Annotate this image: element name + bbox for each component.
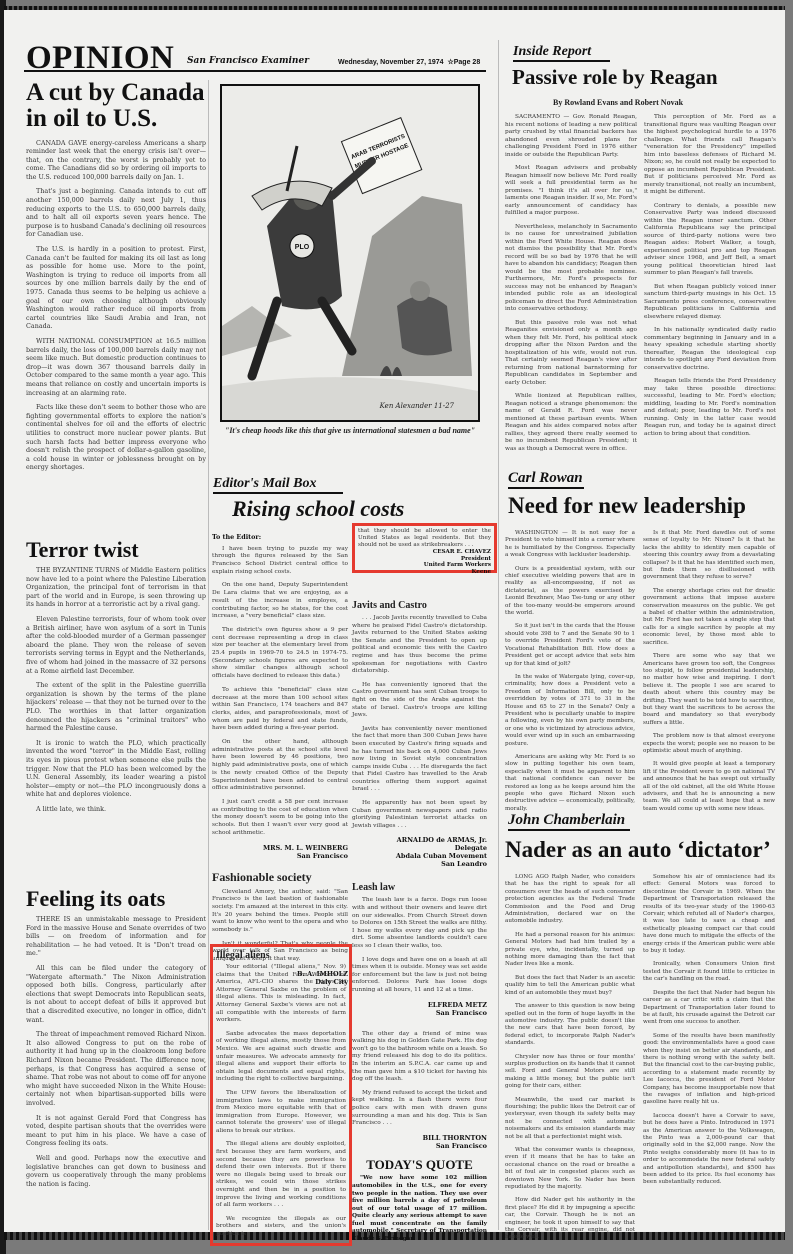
- letter-title: Fashionable society: [212, 870, 348, 885]
- column-body-left: LONG AGO Ralph Nader, who considers that…: [505, 874, 635, 1248]
- signature-location: San Francisco: [212, 852, 348, 860]
- paragraph: The other day a friend of mine was walki…: [352, 1031, 487, 1084]
- editorial-canada: A cut by Canada in oil to U.S. CANADA GA…: [26, 80, 206, 478]
- paragraph: Somehow his air of omniscience had its e…: [643, 874, 775, 955]
- article-body: THE BYZANTINE TURNS of Middle Eastern po…: [26, 566, 206, 813]
- mailbox-headline: Rising school costs: [232, 497, 404, 520]
- column-divider: [498, 40, 499, 1230]
- signature-location: San Leandro: [352, 860, 487, 868]
- paragraph: But does the fact that Nader is an ascet…: [505, 975, 635, 997]
- letter-title: Illegal aliens: [216, 950, 346, 961]
- letter-title: Leash law: [352, 882, 487, 893]
- headline: Feeling its oats: [26, 887, 206, 910]
- signature-location: Keene: [358, 569, 491, 576]
- paragraph: Most Reagan advisers and probably Reagan…: [505, 165, 637, 218]
- letter-body: I have been trying to puzzle my way thro…: [212, 546, 348, 838]
- signature-name: ARNALDO de ARMAS, Jr.: [352, 836, 487, 844]
- signature-title: President: [358, 556, 491, 563]
- paragraph: Ours is a presidential system, with our …: [505, 566, 635, 618]
- page-top-edge: [4, 6, 785, 10]
- paragraph: But this passive role was not what Reaga…: [505, 320, 637, 388]
- paragraph: WITH NATIONAL CONSUMPTION at 16.5 millio…: [26, 337, 206, 397]
- paragraph: He had a personal reason for his animus:…: [505, 932, 635, 969]
- column-kicker: Inside Report: [513, 44, 610, 62]
- paragraph: He has conveniently ignored that the Cas…: [352, 682, 487, 720]
- column-headline: Nader as an auto ‘dictator’: [505, 838, 771, 862]
- paragraph: To achieve this "beneficial" class size …: [212, 687, 348, 733]
- paragraph: Is it that Mr. Ford dawdles out of some …: [643, 530, 775, 582]
- paragraph: What the consumer wants is cheapness, ev…: [505, 1147, 635, 1191]
- page-number: ☆Page 28: [447, 59, 480, 66]
- paragraph: WASHINGTON — It is not easy for a Presid…: [505, 530, 635, 560]
- paragraph: Your editorial ("Illegal aliens," Nov. 9…: [216, 964, 346, 1025]
- paragraph: LONG AGO Ralph Nader, who considers that…: [505, 874, 635, 926]
- article-body: CANADA GAVE energy-careless Americans a …: [26, 139, 206, 472]
- paragraph: Well and good. Perhaps now the executive…: [26, 1154, 206, 1188]
- paragraph: The energy shortage cries out for drasti…: [643, 588, 775, 647]
- paragraph: Saxbe advocates the mass deportation of …: [216, 1031, 346, 1084]
- letter-body: The other day a friend of mine was walki…: [352, 1031, 487, 1128]
- cartoon-caption: "It's cheap hoods like this that give us…: [220, 426, 480, 435]
- salutation: To the Editor:: [212, 533, 348, 542]
- signature-location: San Francisco: [352, 1009, 487, 1017]
- letters-column-right: Javits and Castro . . . Jacob Javits rec…: [352, 600, 487, 1244]
- letter-signature: CESAR E. CHAVEZ President United Farm Wo…: [358, 549, 491, 575]
- paragraph: THERE IS an unmistakable message to Pres…: [26, 915, 206, 958]
- paragraph: . . . Jacob Javits recently travelled to…: [352, 615, 487, 676]
- paragraph: Javits has conveniently never mentioned …: [352, 726, 487, 794]
- letter-school-costs: To the Editor: I have been trying to puz…: [212, 533, 348, 986]
- letter-signature: MRS. M. L. WEINBERG San Francisco: [212, 844, 348, 860]
- letter-signature: BILL THORNTON San Francisco: [352, 1134, 487, 1150]
- paragraph: Eleven Palestine terrorists, four of who…: [26, 615, 206, 675]
- paragraph: On the one hand, Deputy Superintendent D…: [212, 582, 348, 621]
- paragraph: Some of the results have been manifestly…: [643, 1033, 775, 1107]
- signature-name: BILL THORNTON: [352, 1134, 487, 1142]
- signature-name: ELFREDA METZ: [352, 1001, 487, 1009]
- paragraph: All this can be filed under the category…: [26, 964, 206, 1024]
- column-byline: By Rowland Evans and Robert Novak: [553, 98, 683, 107]
- letter-signature: ARNALDO de ARMAS, Jr. Delegate Abdala Cu…: [352, 836, 487, 868]
- paragraph: A little late, we think.: [26, 805, 206, 814]
- paragraph: The problem now is that almost everyone …: [643, 733, 775, 755]
- column-kicker: Carl Rowan: [508, 470, 584, 489]
- paragraph: Nevertheless, melancholy in Sacramento i…: [505, 224, 637, 314]
- editorial-oats: Feeling its oats THERE IS an unmistakabl…: [26, 887, 206, 1194]
- column-body-right: Somehow his air of omniscience had its e…: [643, 874, 775, 1193]
- paragraph: The threat of impeachment removed Richar…: [26, 1030, 206, 1107]
- column-body-right: This perception of Mr. Ford as a transit…: [644, 114, 776, 444]
- article-body: THERE IS an unmistakable message to Pres…: [26, 915, 206, 1188]
- letter-illegal-aliens-highlight: Illegal aliens Your editorial ("Illegal …: [210, 944, 352, 1246]
- signature-title: Delegate: [352, 844, 487, 852]
- editorial-terror: Terror twist THE BYZANTINE TURNS of Midd…: [26, 538, 206, 820]
- letter-body: Your editorial ("Illegal aliens," Nov. 9…: [216, 964, 346, 1239]
- paragraph: Reagan tells friends the Ford Presidency…: [644, 378, 776, 438]
- paragraph: I have been trying to puzzle my way thro…: [212, 546, 348, 577]
- mailbox-kicker: Editor's Mail Box: [213, 476, 343, 494]
- date-text: Wednesday, November 27, 1974: [338, 59, 444, 66]
- column-body-left: WASHINGTON — It is not easy for a Presid…: [505, 530, 635, 819]
- paragraph: So it just isn't in the cards that the H…: [505, 623, 635, 667]
- paragraph: The extent of the split in the Palestine…: [26, 681, 206, 733]
- paragraph: He apparently has not been upset by Cuba…: [352, 800, 487, 830]
- signature-name: MRS. M. L. WEINBERG: [212, 844, 348, 852]
- paragraph: In the wake of Watergate lying, cover-up…: [505, 674, 635, 748]
- headline: Terror twist: [26, 538, 206, 561]
- paragraph: The UFW favors the liberalization of imm…: [216, 1090, 346, 1136]
- paragraph: It is ironic to watch the PLO, which pra…: [26, 739, 206, 799]
- svg-text:Ken Alexander 11-27: Ken Alexander 11-27: [379, 402, 455, 410]
- column-divider: [208, 80, 209, 1230]
- letter-title: Javits and Castro: [352, 600, 487, 611]
- paragraph: The district's own figures show a 9 per …: [212, 627, 348, 681]
- paragraph: The illegal aliens are doubly exploited,…: [216, 1141, 346, 1209]
- paragraph: On the other hand, although administrati…: [212, 739, 348, 793]
- paragraph: Americans are asking why Mr. Ford is so …: [505, 754, 635, 813]
- paragraph: Ironically, when Consumers Union first t…: [643, 961, 775, 983]
- paragraph: Meanwhile, the used car market is flouri…: [505, 1097, 635, 1141]
- column-body-right: Is it that Mr. Ford dawdles out of some …: [643, 530, 775, 819]
- paragraph: How did Nader get his authority in the f…: [505, 1197, 635, 1241]
- paragraph: Contrary to denials, a possible new Cons…: [644, 203, 776, 278]
- paragraph: I love dogs and have one on a leash at a…: [352, 957, 487, 995]
- paragraph: While lionized at Republican rallies, Re…: [505, 393, 637, 453]
- column-headline: Need for new leadership: [508, 494, 746, 518]
- issue-date: Wednesday, November 27, 1974 ☆Page 28: [338, 58, 480, 66]
- paragraph: THE BYZANTINE TURNS of Middle Eastern po…: [26, 566, 206, 609]
- paragraph: We recognize the illegals as our brother…: [216, 1216, 346, 1239]
- paragraph: Chrysler now has three or four months' s…: [505, 1054, 635, 1091]
- svg-text:PLO: PLO: [295, 244, 310, 251]
- paragraph: CANADA GAVE energy-careless Americans a …: [26, 139, 206, 182]
- paragraph: In his nationally syndicated daily radio…: [644, 327, 776, 372]
- headline: A cut by Canada in oil to U.S.: [26, 80, 206, 133]
- quote-text: "We now have some 102 million automobile…: [352, 1175, 487, 1243]
- paragraph: Cleveland Amory, the author, said: "San …: [212, 889, 348, 935]
- paragraph: My friend refused to accept the ticket a…: [352, 1090, 487, 1128]
- paragraph: It is not against Gerald Ford that Congr…: [26, 1114, 206, 1148]
- paragraph: SACRAMENTO — Gov. Ronald Reagan, his rec…: [505, 114, 637, 159]
- masthead-rule: [24, 70, 486, 72]
- paragraph: The leash law is a farce. Dogs run loose…: [352, 897, 487, 950]
- paragraph: I just can't credit a 58 per cent increa…: [212, 799, 348, 838]
- paragraph: Iacocca doesn't have a Corvair to save, …: [643, 1113, 775, 1187]
- cartoon-illustration: ARAB TERRORISTS MURDER HOSTAGE PLO Ken A…: [222, 86, 478, 420]
- paragraph: Facts like these don't seem to bother th…: [26, 403, 206, 472]
- signature-location: San Francisco: [352, 1142, 487, 1150]
- column-body-left: SACRAMENTO — Gov. Ronald Reagan, his rec…: [505, 114, 637, 459]
- continuation-text: that they should be allowed to enter the…: [358, 528, 491, 549]
- column-headline: Passive role by Reagan: [512, 66, 718, 88]
- paragraph: That's just a beginning. Canada intends …: [26, 187, 206, 239]
- paragraph: The U.S. is hardly in a position to prot…: [26, 245, 206, 331]
- editorial-cartoon: ARAB TERRORISTS MURDER HOSTAGE PLO Ken A…: [220, 84, 480, 422]
- paragraph: The answer to this question is now being…: [505, 1003, 635, 1047]
- paragraph: This perception of Mr. Ford as a transit…: [644, 114, 776, 197]
- letter-signature: ELFREDA METZ San Francisco: [352, 1001, 487, 1017]
- paragraph: There are some who say that we Americans…: [643, 653, 775, 727]
- signature-org: United Farm Workers: [358, 562, 491, 569]
- paragraph: Despite the fact that Nader had begun hi…: [643, 990, 775, 1027]
- letter-body: . . . Jacob Javits recently travelled to…: [352, 615, 487, 830]
- letter-continuation-highlight: that they should be allowed to enter the…: [352, 523, 497, 573]
- paragraph: It would give people at least a temporar…: [643, 761, 775, 813]
- quote-title: TODAY'S QUOTE: [352, 1158, 487, 1172]
- signature-name: CESAR E. CHAVEZ: [358, 549, 491, 556]
- letter-body: The leash law is a farce. Dogs run loose…: [352, 897, 487, 994]
- paper-name: San Francisco Examiner: [187, 56, 309, 66]
- signature-org: Abdala Cuban Movement: [352, 852, 487, 860]
- column-kicker: John Chamberlain: [508, 812, 630, 831]
- paragraph: But when Reagan publicly voiced inner sa…: [644, 284, 776, 322]
